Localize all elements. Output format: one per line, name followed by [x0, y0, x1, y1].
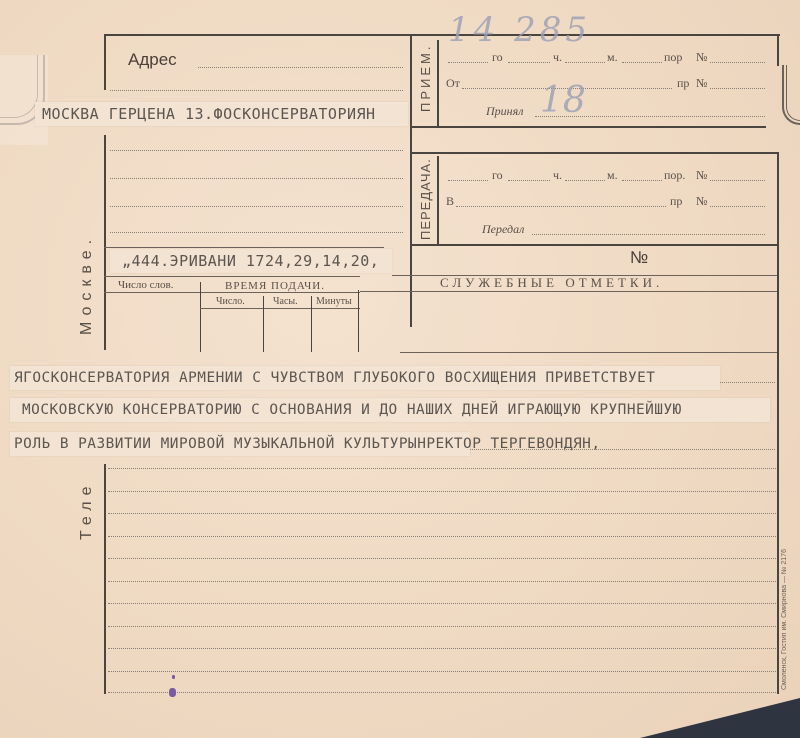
message-blank-line-9[interactable]: [108, 648, 776, 649]
address-label: Адрес: [128, 50, 177, 70]
address-line-5[interactable]: [110, 206, 403, 207]
submission-col-minutes: Минуты: [316, 296, 352, 307]
priem-no-line: [710, 62, 765, 63]
priem-pr-label: пр: [677, 76, 689, 91]
priem-pr-no-label: №: [696, 76, 707, 91]
address-line-3[interactable]: [110, 150, 403, 151]
grid-divider-4: [358, 290, 359, 352]
frame-top: [104, 34, 780, 36]
peredacha-go-line: [448, 180, 488, 181]
message-blank-line-4[interactable]: [108, 536, 776, 537]
priem-label-divider: [437, 40, 439, 128]
priem-pr-no-line: [710, 88, 765, 89]
address-tape-text: МОСКВА ГЕРЦЕНА 13.ФОСКОНСЕРВАТОРИЯН: [42, 102, 376, 126]
header-row-top: [104, 247, 384, 248]
submission-col-hours: Часы.: [273, 296, 298, 307]
word-count-underline: [104, 292, 360, 293]
peredacha-v-line[interactable]: [456, 206, 666, 207]
frame-left-bottom: [104, 464, 106, 694]
submission-col-day: Число.: [216, 296, 245, 307]
grid-divider-2: [263, 296, 264, 352]
grid-divider-1: [200, 282, 201, 352]
message-blank-line-6[interactable]: [108, 581, 776, 582]
handwritten-top-number: 14 285: [448, 10, 591, 50]
peredacha-por-line: [622, 180, 662, 181]
frame-right-bottom: [777, 152, 779, 694]
peredacha-top: [410, 152, 779, 154]
ink-blot-small: [172, 675, 175, 679]
message-blank-line-5[interactable]: [108, 558, 776, 559]
ink-blot: [169, 688, 176, 697]
peredacha-go-label: го: [492, 168, 503, 183]
priem-ch-line: [508, 62, 550, 63]
priem-divider-left: [410, 34, 412, 327]
priem-ch-label: ч.: [553, 50, 562, 65]
peredacha-ch-line: [508, 180, 550, 181]
message-blank-line-10[interactable]: [108, 671, 776, 672]
message-tail-line-3: [470, 449, 775, 450]
telegram-form: Адрес МОСКВА ГЕРЦЕНА 13.ФОСКОНСЕРВАТОРИЯ…: [0, 0, 800, 738]
address-line-4[interactable]: [110, 178, 403, 179]
peredacha-peredal-line[interactable]: [532, 234, 765, 235]
message-blank-line-2[interactable]: [108, 491, 776, 492]
peredacha-pr-label: пр: [670, 194, 682, 209]
priem-bottom: [410, 126, 766, 128]
priem-por-label: пор: [664, 50, 682, 65]
message-blank-line-3[interactable]: [108, 513, 776, 514]
message-blank-line-7[interactable]: [108, 603, 776, 604]
submission-time-underline: [200, 308, 360, 309]
peredacha-peredal-label: Передал: [482, 222, 524, 237]
priem-m-line: [565, 62, 605, 63]
peredacha-bottom: [410, 244, 779, 246]
peredacha-label-divider: [437, 156, 439, 244]
right-corner-decoration-inner: [786, 65, 800, 121]
priem-ot-label: От: [446, 76, 460, 91]
vertical-title-upper: Москве.: [78, 234, 96, 335]
address-line-2[interactable]: [110, 90, 403, 91]
peredacha-m-line: [565, 180, 605, 181]
frame-left-mid: [104, 135, 106, 350]
handwritten-prinyal: 18: [540, 80, 586, 121]
submission-time-header: ВРЕМЯ ПОДАЧИ.: [225, 280, 325, 292]
peredacha-pr-no-label: №: [696, 194, 707, 209]
peredacha-v-label: В: [446, 194, 454, 209]
peredacha-section-label: ПЕРЕДАЧА.: [418, 158, 433, 240]
priem-m-label: м.: [607, 50, 618, 65]
message-blank-line-11[interactable]: [108, 692, 776, 693]
message-line-1: ЯГОСКОНСЕРВАТОРИЯ АРМЕНИИ С ЧУВСТВОМ ГЛУ…: [14, 366, 655, 390]
frame-right-top: [777, 34, 779, 66]
message-tail-line-1: [720, 382, 775, 383]
priem-section-label: ПРИЕМ.: [418, 44, 433, 112]
priem-por-line: [622, 62, 662, 63]
peredacha-ch-label: ч.: [553, 168, 562, 183]
message-area-top: [400, 352, 777, 353]
peredacha-por-label: пор.: [664, 168, 685, 183]
header-tape-text: „444.ЭРИВАНИ 1724,29,14,20,: [122, 249, 379, 273]
priem-prinyal-label: Принял: [486, 104, 523, 119]
priem-go-label: го: [492, 50, 503, 65]
number-label: №: [630, 248, 648, 268]
address-line-6[interactable]: [110, 232, 403, 233]
message-blank-line-8[interactable]: [108, 626, 776, 627]
grid-divider-3: [311, 296, 312, 352]
message-blank-line-1[interactable]: [108, 468, 776, 469]
peredacha-pr-no-line: [710, 206, 765, 207]
peredacha-no-label: №: [696, 168, 707, 183]
printer-imprint: Смоленск, Гостип им. Смирнова — № 2176: [781, 549, 788, 690]
address-line-1[interactable]: [198, 67, 403, 68]
priem-no-label: №: [696, 50, 707, 65]
frame-left-top: [104, 34, 106, 90]
left-pasted-paper: [0, 55, 48, 145]
message-line-3: РОЛЬ В РАЗВИТИИ МИРОВОЙ МУЗЫКАЛЬНОЙ КУЛЬ…: [14, 432, 601, 456]
service-marks-bottom: [360, 291, 777, 292]
scan-shadow-corner: [640, 698, 800, 738]
peredacha-m-label: м.: [607, 168, 618, 183]
vertical-title-lower: Теле: [78, 481, 96, 540]
message-line-2: МОСКОВСКУЮ КОНСЕРВАТОРИЮ С ОСНОВАНИЯ И Д…: [22, 398, 682, 422]
word-count-label: Число слов.: [118, 279, 173, 291]
peredacha-no-line: [710, 180, 765, 181]
priem-go-line: [448, 62, 488, 63]
grid-top: [104, 276, 360, 277]
service-marks-label: СЛУЖЕБНЫЕ ОТМЕТКИ.: [440, 275, 663, 291]
